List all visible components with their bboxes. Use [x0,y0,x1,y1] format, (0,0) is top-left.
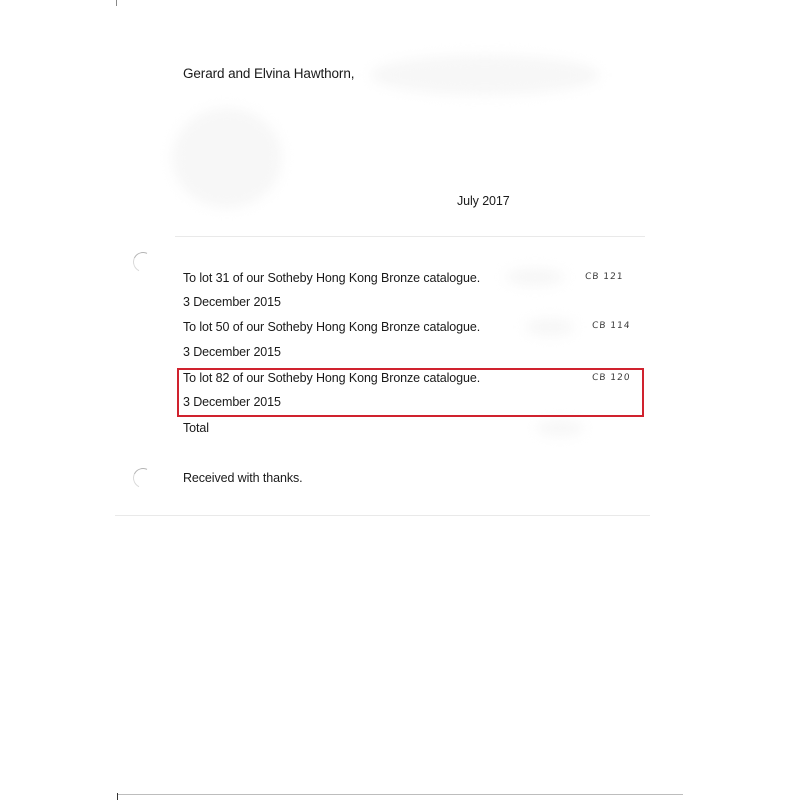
redaction-smudge-left [172,108,282,208]
scan-line [115,515,650,516]
scan-line [175,236,645,237]
handwritten-ref: CB 120 [592,373,631,383]
handwritten-ref: CB 114 [592,321,631,331]
hole-punch-mark-top [130,249,156,275]
item-sale-date: 3 December 2015 [183,294,281,310]
letter-date: July 2017 [457,193,510,209]
item-sale-date: 3 December 2015 [183,394,281,410]
item-description: To lot 82 of our Sotheby Hong Kong Bronz… [183,370,480,386]
corner-tick-top [116,0,117,6]
redaction-smudge-amount-2 [525,318,575,336]
total-label: Total [183,420,209,436]
redaction-smudge-address [370,55,600,95]
addressee: Gerard and Elvina Hawthorn, [183,66,354,82]
item-description: To lot 50 of our Sotheby Hong Kong Bronz… [183,319,480,335]
corner-tick-bottom [117,793,118,800]
hole-punch-mark-bottom [130,465,156,491]
item-description: To lot 31 of our Sotheby Hong Kong Bronz… [183,270,480,286]
handwritten-ref: CB 121 [585,272,624,282]
scanned-document-page: Gerard and Elvina Hawthorn, July 2017 To… [0,0,800,800]
redaction-smudge-amount-1 [505,268,565,286]
redaction-smudge-total [535,420,585,436]
page-bottom-edge [117,794,683,795]
item-sale-date: 3 December 2015 [183,344,281,360]
closing-text: Received with thanks. [183,470,303,486]
